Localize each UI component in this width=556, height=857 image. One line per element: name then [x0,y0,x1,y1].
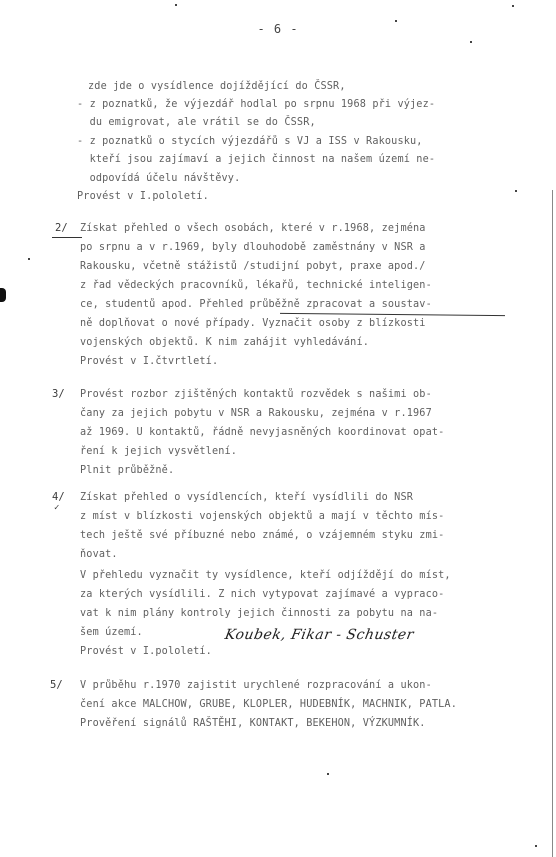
task-4-line-1: Získat přehled o vysídlencích, kteří vys… [80,492,413,504]
task-2-deadline: Provést v I.čtvrtletí. [80,356,218,368]
task-4-line-8: šem území. [80,627,143,639]
scan-speck [515,190,517,192]
task-3-line-2: čany za jejich pobytu v NSR a Rakousku, … [80,408,432,420]
task-3-line-4: ření k jejich vysvětlení. [80,446,237,458]
task-4-deadline: Provést v I.pololetí. [80,646,212,658]
task-3-number: 3/ [52,388,65,400]
task-4-line-4: ňovat. [80,549,118,561]
scan-speck [535,845,537,847]
document-page: - 6 - zde jde o vysídlence dojíždějící d… [0,0,556,857]
task-4-line-3: tech ještě své příbuzné nebo známé, o vz… [80,530,444,542]
intro-line-5: kteří jsou zajímaví a jejich činnost na … [77,154,435,166]
task-3-line-3: až 1969. U kontaktů, řádně nevyjasněných… [80,427,444,439]
task-5-line-3: Prověření signálů RAŠTĚHI, KONTAKT, BEKE… [80,718,426,730]
task-5-line-1: V průběhu r.1970 zajistit urychlené rozp… [80,680,432,692]
handwritten-underline [280,313,505,316]
task-2-line-7: vojenských objektů. K nim zahájit vyhled… [80,337,369,349]
scan-speck [327,773,329,775]
handwritten-underline [52,237,82,238]
task-2-line-6: ně doplňovat o nové případy. Vyznačit os… [80,318,426,330]
task-3-deadline: Plnit průběžně. [80,465,174,477]
task-5-number: 5/ [50,679,63,691]
intro-deadline: Provést v I.pololetí. [77,191,209,203]
handwritten-note: Koubek, Fikar - Schuster [224,627,416,643]
scan-speck [470,41,472,43]
task-3-line-1: Provést rozbor zjištěných kontaktů rozvě… [80,389,432,401]
scan-edge-line [552,190,553,857]
intro-line-4: - z poznatků o stycích výjezdářů s VJ a … [77,136,423,148]
task-4-line-7: vat k nim plány kontroly jejich činnosti… [80,608,438,620]
intro-line-3: du emigrovat, ale vrátil se do ČSSR, [77,117,316,129]
task-5-line-2: čení akce MALCHOW, GRUBE, KLOPLER, HUDEB… [80,699,457,711]
checkmark-icon: ✓ [54,503,59,513]
scan-speck [512,5,514,7]
task-2-number: 2/ [55,222,68,234]
intro-line-6: odpovídá účelu návštěvy. [77,173,240,185]
task-2-line-3: Rakousku, včetně stážistů /studijní poby… [80,261,426,273]
task-4-line-5: V přehledu vyznačit ty vysídlence, kteří… [80,570,451,582]
scan-speck [395,20,397,22]
intro-line-2: - z poznatků, že výjezdář hodlal po srpn… [77,99,435,111]
task-4-number: 4/ [52,491,65,503]
task-4-line-2: z míst v blízkosti vojenských objektů a … [80,511,444,523]
task-4-line-6: za kterých vysídlili. Z nich vytypovat z… [80,589,444,601]
task-2-line-2: po srpnu a v r.1969, byly dlouhodobě zam… [80,242,426,254]
task-2-line-5: ce, studentů apod. Přehled průběžně zpra… [80,299,432,311]
scan-speck [28,258,30,260]
page-number: - 6 - [0,22,556,36]
scan-blot [0,288,6,302]
intro-line-1: zde jde o vysídlence dojíždějící do ČSSR… [88,81,346,93]
scan-speck [175,4,177,6]
task-2-line-4: z řad vědeckých pracovníků, lékařů, tech… [80,280,432,292]
task-2-line-1: Získat přehled o všech osobách, které v … [80,223,426,235]
